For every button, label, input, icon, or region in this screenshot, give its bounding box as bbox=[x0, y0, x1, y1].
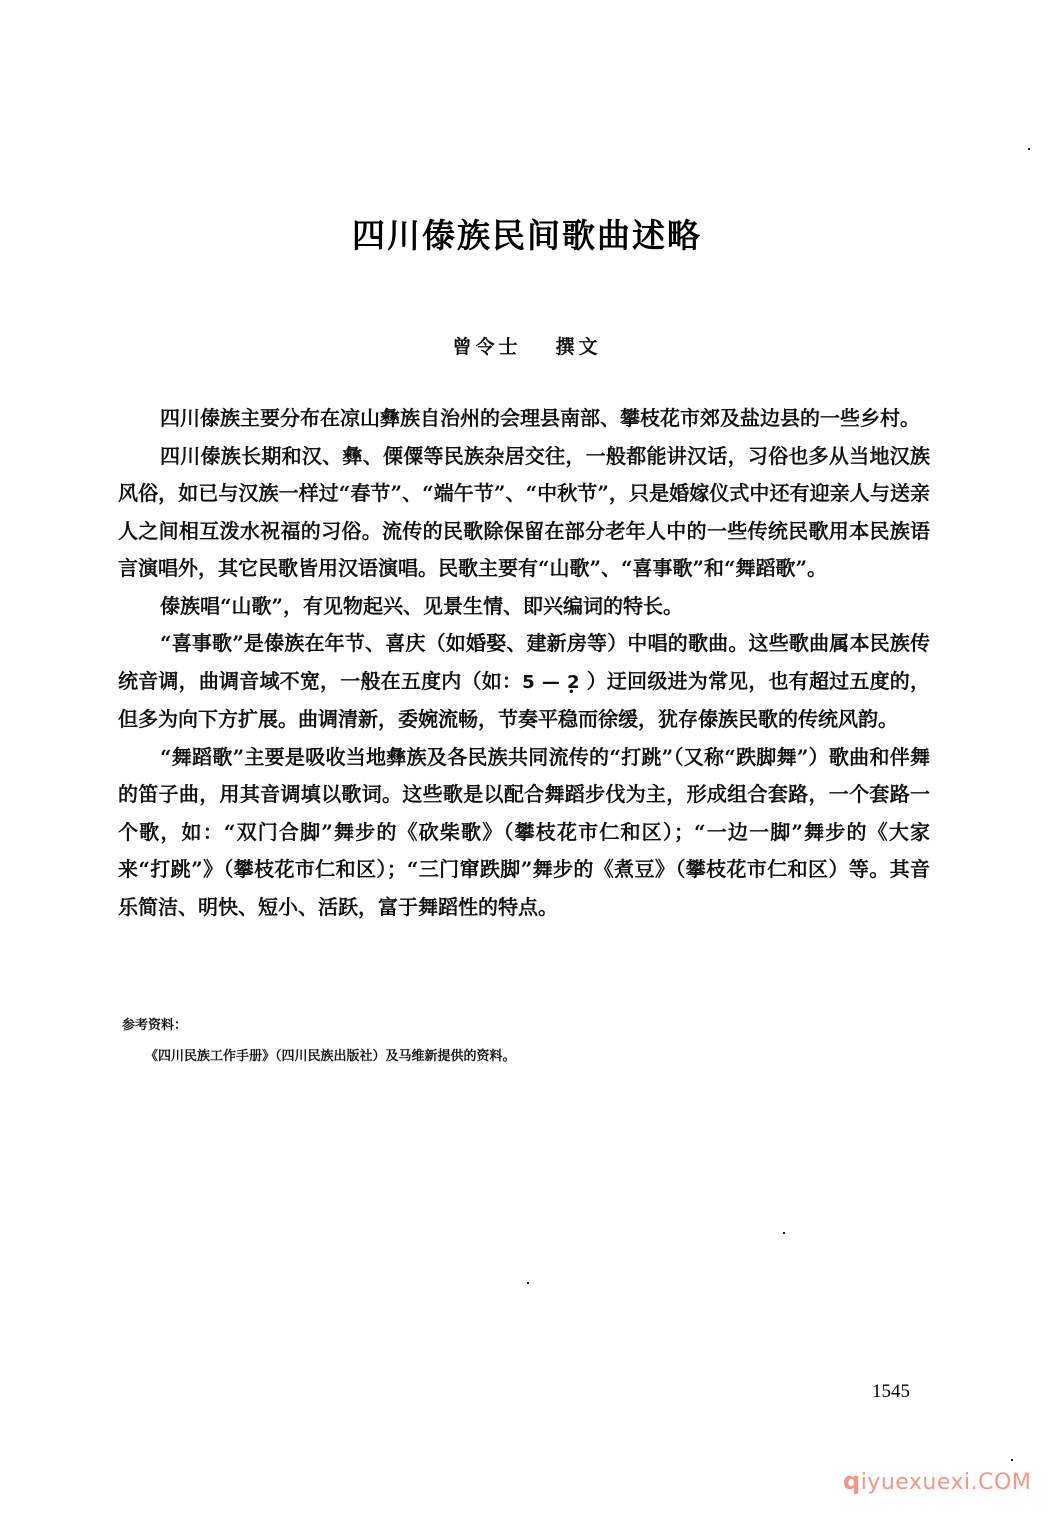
paragraph-4: “喜事歌”是傣族在年节、喜庆（如婚娶、建新房等）中唱的歌曲。这些歌曲属本民族传统… bbox=[118, 625, 930, 739]
page-number: 1545 bbox=[872, 1381, 910, 1403]
jianpu-note-low: 5• bbox=[522, 672, 535, 693]
watermark-q: q bbox=[843, 1467, 861, 1495]
paragraph-5: “舞蹈歌”主要是吸收当地彝族及各民族共同流传的“打跳”（又称“跌脚舞”）歌曲和伴… bbox=[118, 739, 930, 927]
author-role: 撰文 bbox=[556, 336, 602, 358]
article-body: 四川傣族主要分布在凉山彝族自治州的会理县南部、攀枝花市郊及盐边县的一些乡村。 四… bbox=[118, 400, 930, 926]
reference-item: 《四川民族工作手册》（四川民族出版社）及马维新提供的资料。 bbox=[145, 1045, 516, 1064]
scan-speck bbox=[1011, 1459, 1013, 1461]
scan-speck bbox=[783, 1232, 785, 1234]
jianpu-note-high: 2 bbox=[567, 672, 580, 693]
references-label: 参考资料： bbox=[122, 1014, 187, 1033]
watermark-text: iyuexuexi.COM bbox=[861, 1470, 1032, 1495]
paragraph-3: 傣族唱“山歌”，有见物起兴、见景生情、即兴编词的特长。 bbox=[118, 588, 930, 626]
author-line: 曾令士撰文 bbox=[0, 332, 1054, 359]
document-title: 四川傣族民间歌曲述略 bbox=[0, 210, 1054, 257]
author-name: 曾令士 bbox=[452, 336, 521, 358]
paragraph-1: 四川傣族主要分布在凉山彝族自治州的会理县南部、攀枝花市郊及盐边县的一些乡村。 bbox=[118, 400, 930, 438]
scan-speck bbox=[1028, 148, 1030, 150]
site-watermark: qiyuexuexi.COM bbox=[843, 1467, 1031, 1495]
scan-speck bbox=[527, 1282, 529, 1284]
paragraph-2: 四川傣族长期和汉、彝、傈僳等民族杂居交往，一般都能讲汉话，习俗也多从当地汉族风俗… bbox=[118, 438, 930, 588]
jianpu-dash: — bbox=[542, 672, 560, 693]
